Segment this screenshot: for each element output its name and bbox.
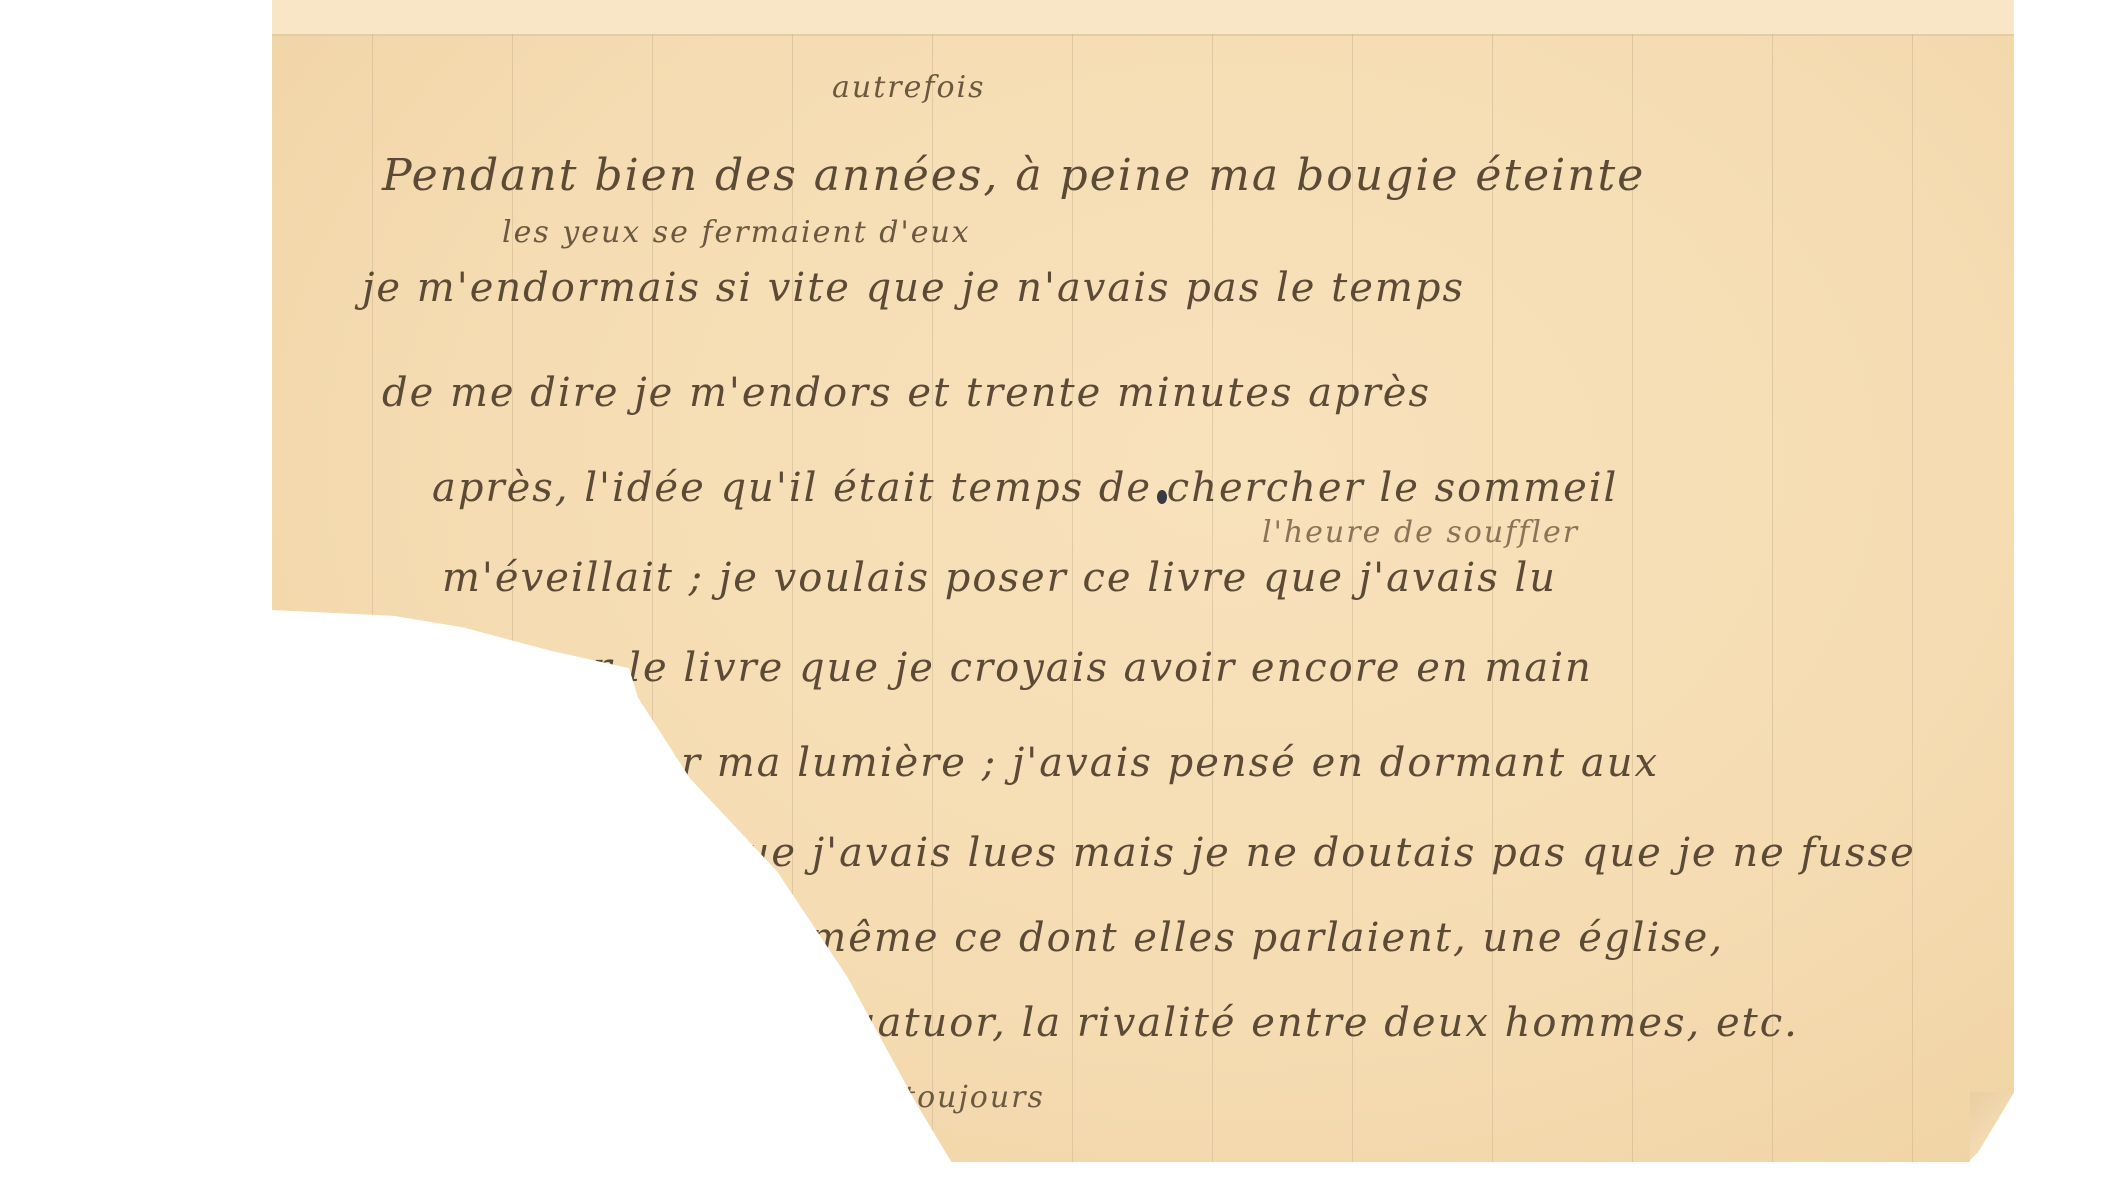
manuscript-line-11: comme toujours: [772, 1080, 1045, 1115]
folded-corner: [1970, 1092, 2014, 1162]
insertion-text: l'heure de souffler: [1262, 515, 1579, 550]
ruled-line: [1912, 34, 1913, 1162]
manuscript-line-9: moi-même ce dont elles parlaient, une ég…: [712, 915, 1724, 961]
insertion-text: les yeux se fermaient d'eux: [502, 215, 971, 250]
page-fold-strip: [272, 0, 2014, 36]
manuscript-line-8: pages que j'avais lues mais je ne doutai…: [572, 830, 1916, 876]
ruled-line: [1632, 34, 1633, 1162]
manuscript-line-1: Pendant bien des années, à peine ma boug…: [382, 150, 1645, 201]
manuscript-line-6: et poser le livre que je croyais avoir e…: [432, 645, 1593, 691]
manuscript-line-7: et souffler ma lumière ; j'avais pensé e…: [472, 740, 1659, 786]
manuscript-page: autrefois Pendant bien des années, à pei…: [272, 0, 2014, 1162]
ink-blot: [1157, 490, 1167, 504]
manuscript-line-5: m'éveillait ; je voulais poser ce livre …: [442, 555, 1557, 601]
manuscript-line-3: de me dire je m'endors et trente minutes…: [382, 370, 1431, 416]
ruled-line: [1772, 34, 1773, 1162]
manuscript-line-2: je m'endormais si vite que je n'avais pa…: [362, 265, 1465, 311]
insertion-text: autrefois: [832, 70, 986, 105]
manuscript-line-4: après, l'idée qu'il était temps de cherc…: [432, 465, 1618, 511]
ruled-line: [372, 34, 373, 1162]
manuscript-line-10: un quatuor, la rivalité entre deux homme…: [752, 1000, 1799, 1046]
